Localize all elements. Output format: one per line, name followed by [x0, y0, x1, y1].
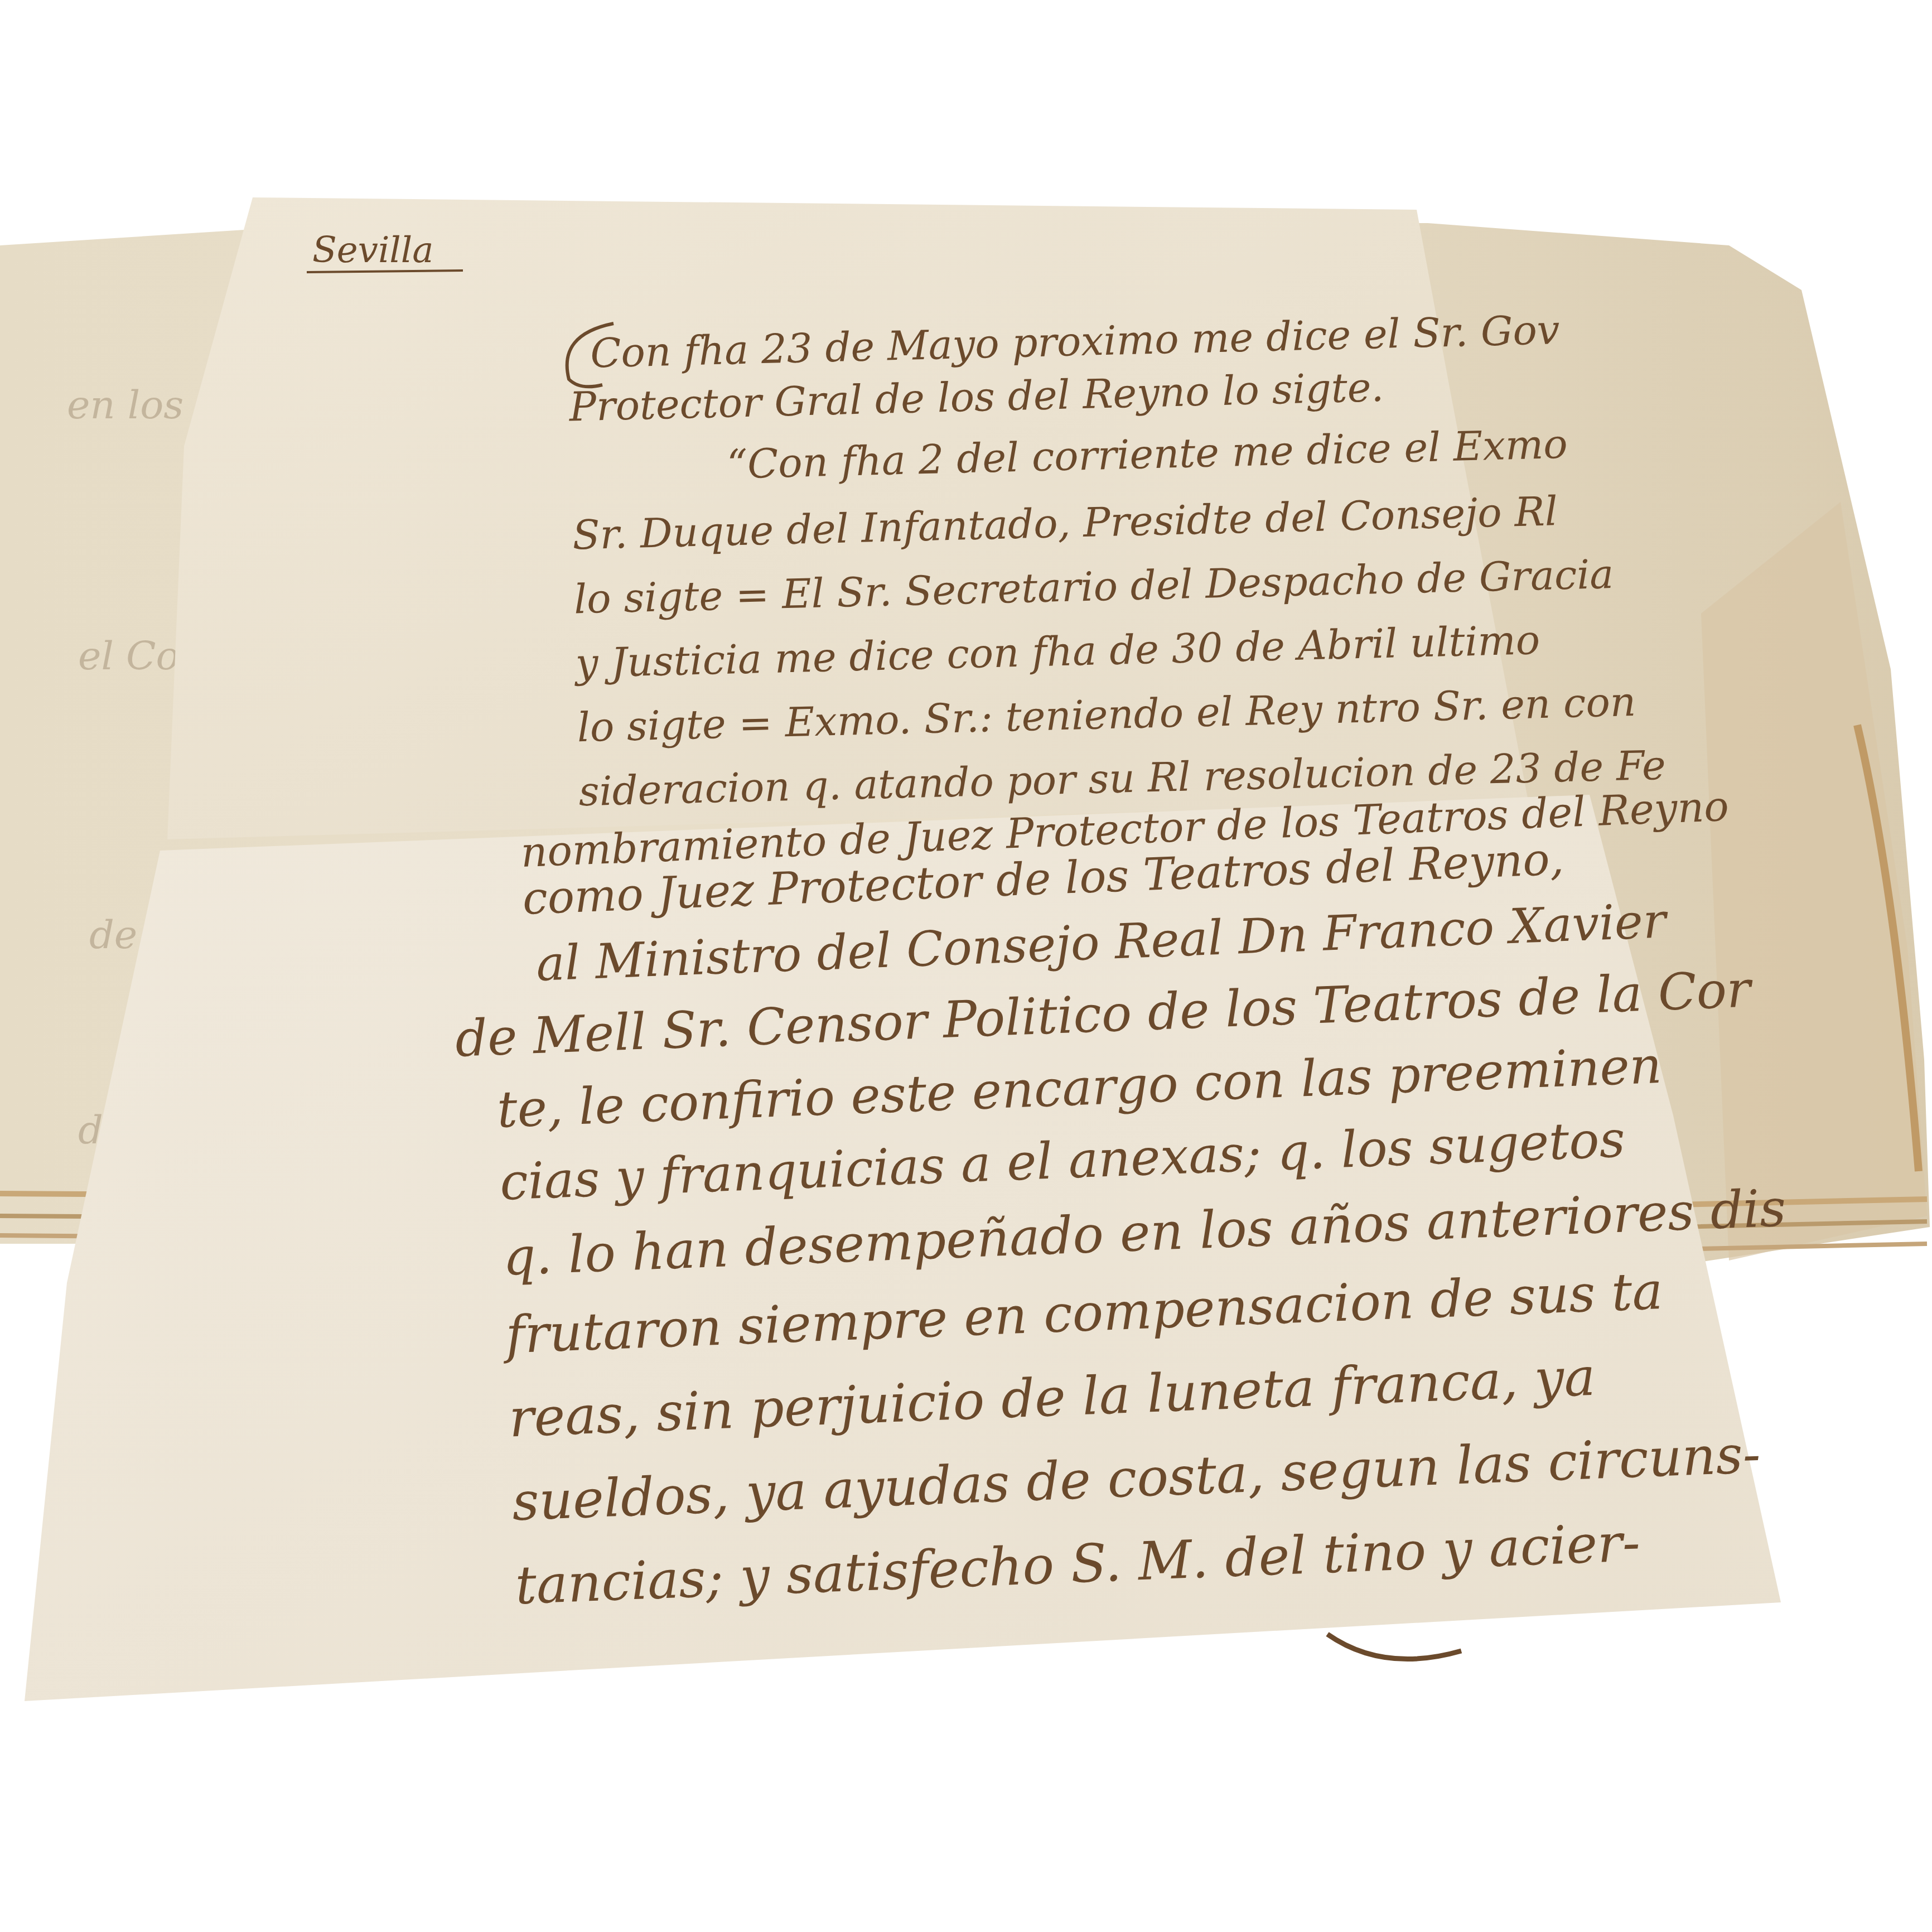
manuscript-photo: en los de Anos el Consejo de Madrid de l… [0, 0, 1932, 1932]
manuscript-illustration: en los de Anos el Consejo de Madrid de l… [0, 0, 1932, 1932]
lower-page: nombramiento de Juez Protector de los Te… [25, 781, 1800, 1701]
top-page-heading: Sevilla [312, 230, 433, 271]
ink-flourish [1327, 1634, 1461, 1659]
